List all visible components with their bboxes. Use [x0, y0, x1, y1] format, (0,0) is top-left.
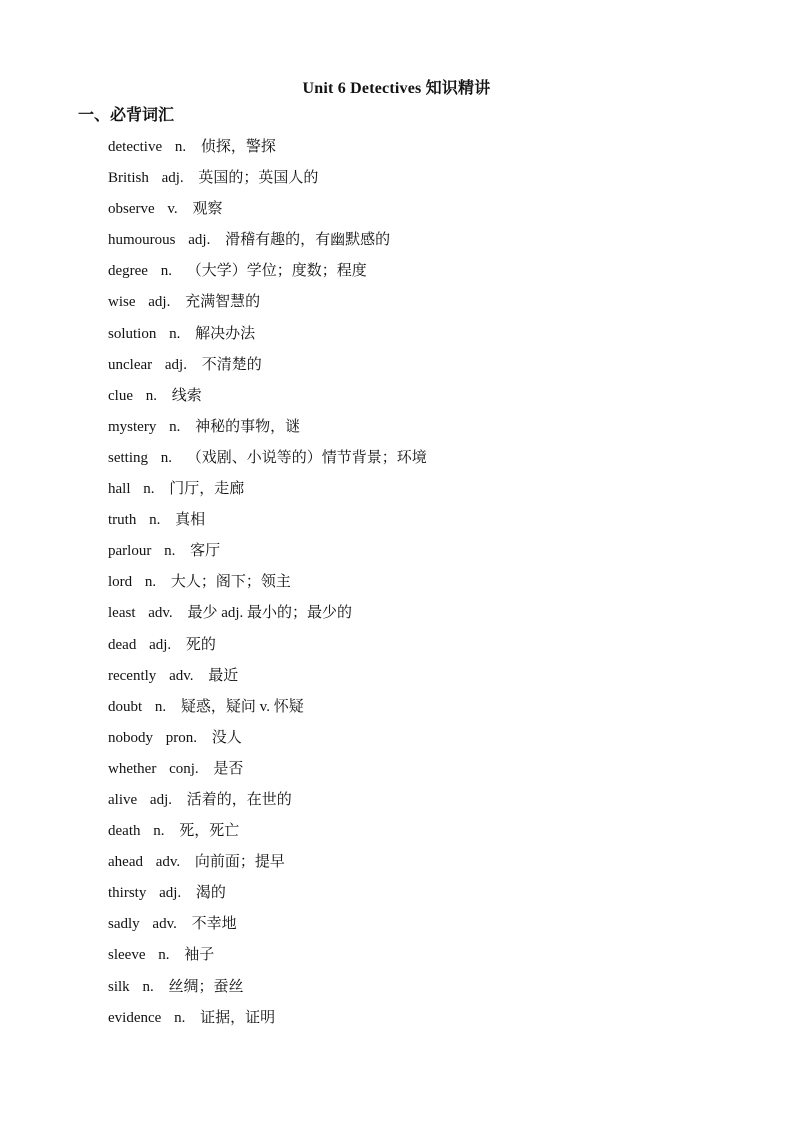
vocab-word: evidence: [108, 1010, 161, 1026]
vocab-word: truth: [108, 512, 136, 528]
vocab-meaning: 解决办法: [195, 326, 255, 342]
vocab-row: mystery n. 神秘的事物，谜: [108, 412, 793, 443]
vocab-pos: adv.: [156, 854, 180, 870]
vocab-row: whether conj. 是否: [108, 754, 793, 785]
vocab-meaning: 真相: [175, 512, 205, 528]
vocab-row: doubt n. 疑惑，疑问 v. 怀疑: [108, 692, 793, 723]
vocab-meaning: 线索: [172, 388, 202, 404]
vocab-pos: pron.: [166, 730, 197, 746]
vocab-pos: adj.: [149, 637, 171, 653]
vocab-list: detective n. 侦探，警探 British adj. 英国的；英国人的…: [108, 132, 793, 1034]
vocab-meaning: 滑稽有趣的，有幽默感的: [225, 232, 390, 248]
vocab-row: nobody pron. 没人: [108, 723, 793, 754]
vocab-meaning: 没人: [212, 730, 242, 746]
vocab-word: lord: [108, 574, 132, 590]
vocab-pos: n.: [158, 947, 169, 963]
vocab-row: truth n. 真相: [108, 505, 793, 536]
vocab-row: sleeve n. 袖子: [108, 940, 793, 971]
vocab-row: solution n. 解决办法: [108, 319, 793, 350]
vocab-pos: n.: [174, 1010, 185, 1026]
vocab-word: silk: [108, 979, 130, 995]
vocab-row: least adv. 最少 adj. 最小的；最少的: [108, 598, 793, 629]
vocab-meaning: 证据，证明: [200, 1010, 275, 1026]
vocab-word: thirsty: [108, 885, 146, 901]
vocab-row: silk n. 丝绸；蚕丝: [108, 972, 793, 1003]
vocab-word: doubt: [108, 699, 142, 715]
vocab-meaning: 死，死亡: [179, 823, 239, 839]
vocab-word: dead: [108, 637, 136, 653]
vocab-word: British: [108, 170, 149, 186]
vocab-word: parlour: [108, 543, 151, 559]
vocab-meaning: （戏剧、小说等的）情节背景；环境: [187, 450, 427, 466]
vocab-pos: n.: [169, 419, 180, 435]
vocab-word: whether: [108, 761, 156, 777]
vocab-meaning: 死的: [186, 637, 216, 653]
vocab-pos: n.: [153, 823, 164, 839]
vocab-row: unclear adj. 不清楚的: [108, 350, 793, 381]
vocab-word: wise: [108, 294, 136, 310]
vocab-meaning: 观察: [192, 201, 222, 217]
vocab-meaning: （大学）学位；度数；程度: [187, 263, 367, 279]
vocab-word: unclear: [108, 357, 152, 373]
page-title: Unit 6 Detectives 知识精讲: [0, 0, 793, 98]
vocab-word: death: [108, 823, 140, 839]
vocab-row: alive adj. 活着的，在世的: [108, 785, 793, 816]
vocab-meaning: 英国的；英国人的: [198, 170, 318, 186]
vocab-pos: adj.: [159, 885, 181, 901]
vocab-meaning: 渴的: [196, 885, 226, 901]
vocab-meaning: 门厅，走廊: [169, 481, 244, 497]
vocab-pos: adj.: [150, 792, 172, 808]
vocab-pos: n.: [149, 512, 160, 528]
vocab-word: clue: [108, 388, 133, 404]
vocab-word: humourous: [108, 232, 176, 248]
vocab-pos: n.: [142, 979, 153, 995]
vocab-word: solution: [108, 326, 156, 342]
vocab-row: thirsty adj. 渴的: [108, 878, 793, 909]
section-heading-vocabulary: 一、必背词汇: [78, 107, 793, 125]
vocab-pos: adv.: [169, 668, 193, 684]
vocab-pos: n.: [164, 543, 175, 559]
vocab-word: sleeve: [108, 947, 145, 963]
vocab-pos: adj.: [165, 357, 187, 373]
vocab-row: observe v. 观察: [108, 194, 793, 225]
vocab-meaning: 袖子: [184, 947, 214, 963]
vocab-meaning: 最少 adj. 最小的；最少的: [187, 605, 352, 621]
vocab-pos: n.: [169, 326, 180, 342]
vocab-word: recently: [108, 668, 156, 684]
vocab-row: recently adv. 最近: [108, 661, 793, 692]
vocab-pos: n.: [146, 388, 157, 404]
vocab-row: death n. 死，死亡: [108, 816, 793, 847]
vocab-word: observe: [108, 201, 155, 217]
vocab-word: ahead: [108, 854, 143, 870]
vocab-word: alive: [108, 792, 137, 808]
vocab-pos: n.: [145, 574, 156, 590]
vocab-meaning: 客厅: [190, 543, 220, 559]
vocab-row: setting n. （戏剧、小说等的）情节背景；环境: [108, 443, 793, 474]
vocab-row: clue n. 线索: [108, 381, 793, 412]
vocab-row: evidence n. 证据，证明: [108, 1003, 793, 1034]
vocab-meaning: 是否: [213, 761, 243, 777]
vocab-word: detective: [108, 139, 162, 155]
vocab-word: hall: [108, 481, 131, 497]
vocab-word: degree: [108, 263, 148, 279]
vocab-row: wise adj. 充满智慧的: [108, 287, 793, 318]
vocab-pos: n.: [161, 263, 172, 279]
vocab-pos: v.: [167, 201, 177, 217]
vocab-row: parlour n. 客厅: [108, 536, 793, 567]
vocab-row: British adj. 英国的；英国人的: [108, 163, 793, 194]
vocab-meaning: 最近: [208, 668, 238, 684]
vocab-row: sadly adv. 不幸地: [108, 909, 793, 940]
document-page: Unit 6 Detectives 知识精讲 一、必背词汇 detective …: [0, 0, 793, 1122]
vocab-row: humourous adj. 滑稽有趣的，有幽默感的: [108, 225, 793, 256]
vocab-pos: n.: [161, 450, 172, 466]
vocab-row: detective n. 侦探，警探: [108, 132, 793, 163]
vocab-row: ahead adv. 向前面；提早: [108, 847, 793, 878]
vocab-pos: adv.: [148, 605, 172, 621]
vocab-row: hall n. 门厅，走廊: [108, 474, 793, 505]
vocab-meaning: 疑惑，疑问 v. 怀疑: [181, 699, 304, 715]
vocab-pos: adv.: [152, 916, 176, 932]
vocab-meaning: 神秘的事物，谜: [195, 419, 300, 435]
vocab-word: nobody: [108, 730, 153, 746]
vocab-meaning: 充满智慧的: [185, 294, 260, 310]
vocab-pos: adj.: [188, 232, 210, 248]
vocab-meaning: 丝绸；蚕丝: [168, 979, 243, 995]
vocab-word: sadly: [108, 916, 140, 932]
vocab-pos: n.: [175, 139, 186, 155]
vocab-row: degree n. （大学）学位；度数；程度: [108, 256, 793, 287]
vocab-row: dead adj. 死的: [108, 630, 793, 661]
vocab-word: least: [108, 605, 136, 621]
vocab-meaning: 大人；阁下；领主: [171, 574, 291, 590]
vocab-pos: n.: [143, 481, 154, 497]
vocab-pos: adj.: [162, 170, 184, 186]
vocab-row: lord n. 大人；阁下；领主: [108, 567, 793, 598]
vocab-word: mystery: [108, 419, 156, 435]
vocab-meaning: 活着的，在世的: [187, 792, 292, 808]
vocab-pos: adj.: [148, 294, 170, 310]
vocab-word: setting: [108, 450, 148, 466]
vocab-meaning: 向前面；提早: [195, 854, 285, 870]
vocab-meaning: 侦探，警探: [201, 139, 276, 155]
vocab-pos: conj.: [169, 761, 199, 777]
vocab-meaning: 不清楚的: [202, 357, 262, 373]
vocab-pos: n.: [155, 699, 166, 715]
vocab-meaning: 不幸地: [192, 916, 237, 932]
